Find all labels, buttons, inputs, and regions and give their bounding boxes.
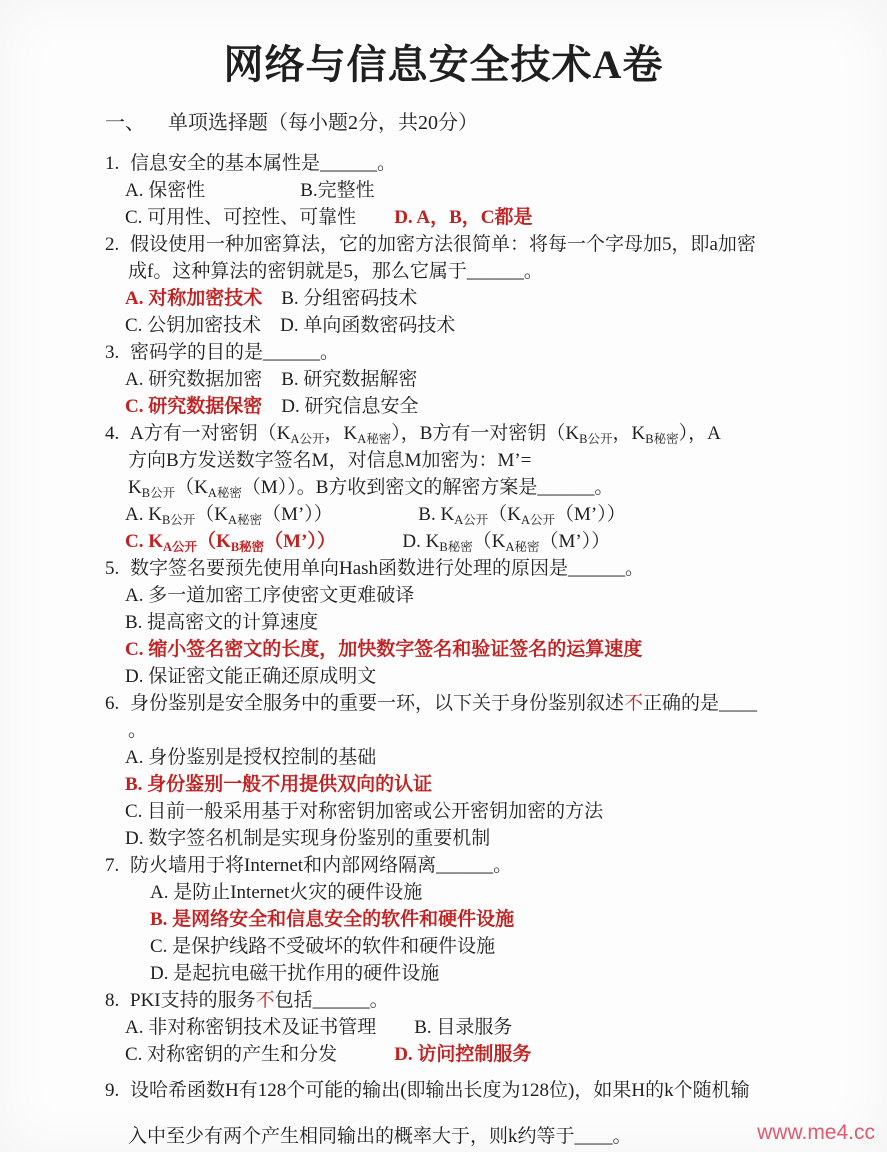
answer-highlight: B. 是网络安全和信息安全的软件和硬件设施 <box>150 909 514 930</box>
question-stem: 7.防火墙用于将Internet和内部网络隔离______。 <box>0 852 887 879</box>
question-number: 8. <box>105 987 130 1014</box>
text-segment: 入中至少有两个产生相同输出的概率大于，则k约等于____。 <box>128 1126 632 1147</box>
question-8: 8.PKI支持的服务不包括______。A. 非对称密钥技术及证书管理 B. 目… <box>0 987 887 1068</box>
answer-highlight: D. 访问控制服务 <box>394 1044 531 1065</box>
text-segment: 数字签名要预先使用单向Hash函数进行处理的原因是______。 <box>130 558 644 579</box>
answer-highlight: A. 对称加密技术 <box>125 288 262 309</box>
text-segment: 。 <box>128 720 147 741</box>
question-line: 。 <box>0 717 887 744</box>
answer-highlight: D. A，B，C都是 <box>394 207 532 228</box>
text-segment: C. 是保护线路不受破坏的软件和硬件设施 <box>150 936 495 957</box>
question-6: 6.身份鉴别是安全服务中的重要一环，以下关于身份鉴别叙述不正确的是____。A.… <box>0 690 887 852</box>
question-line: 方向B方发送数字签名M，对信息M加密为：M’= <box>0 447 887 474</box>
text-segment: 假设使用一种加密算法，它的加密方法很简单：将每一个字母加5，即a加密 <box>130 234 756 255</box>
question-3: 3.密码学的目的是______。A. 研究数据加密 B. 研究数据解密C. 研究… <box>0 339 887 420</box>
question-line: C. 研究数据保密 D. 研究信息安全 <box>0 393 887 420</box>
answer-highlight: 不 <box>624 693 643 714</box>
text-segment: D. 数字签名机制是实现身份鉴别的重要机制 <box>125 828 490 849</box>
text-segment: A. 是防止Internet火灾的硬件设施 <box>150 882 422 903</box>
question-9: 9.设哈希函数H有128个可能的输出(即输出长度为128位)，如果H的k个随机输… <box>0 1077 887 1150</box>
section-heading: 一、单项选择题（每小题2分，共20分） <box>0 110 887 137</box>
question-line: A. 多一道加密工序使密文更难破译 <box>0 582 887 609</box>
question-line: B. 身份鉴别一般不用提供双向的认证 <box>0 771 887 798</box>
question-line: A. 研究数据加密 B. 研究数据解密 <box>0 366 887 393</box>
text-segment: 方向B方发送数字签名M，对信息M加密为：M’= <box>128 450 531 471</box>
text-segment: C. 对称密钥的产生和分发 <box>125 1044 394 1065</box>
question-line: A. 身份鉴别是授权控制的基础 <box>0 744 887 771</box>
exam-page: 网络与信息安全技术A卷 一、单项选择题（每小题2分，共20分） 1.信息安全的基… <box>0 0 887 1152</box>
question-stem: 6.身份鉴别是安全服务中的重要一环，以下关于身份鉴别叙述不正确的是____ <box>0 690 887 717</box>
question-number: 1. <box>105 150 130 177</box>
question-7: 7.防火墙用于将Internet和内部网络隔离______。A. 是防止Inte… <box>0 852 887 987</box>
question-number: 3. <box>105 339 130 366</box>
text-segment: A. 非对称密钥技术及证书管理 B. 目录服务 <box>125 1017 512 1038</box>
question-line: D. 数字签名机制是实现身份鉴别的重要机制 <box>0 825 887 852</box>
question-line: KB公开（KA秘密（M））。B方收到密文的解密方案是______。 <box>0 474 887 501</box>
answer-highlight: B. 身份鉴别一般不用提供双向的认证 <box>125 774 432 795</box>
answer-highlight: C. KA公开（KB秘密（M’）） <box>125 531 326 552</box>
section-title: 单项选择题（每小题2分，共20分） <box>168 112 478 134</box>
text-segment: A方有一对密钥（KA公开，KA秘密），B方有一对密钥（KB公开，KB秘密），A <box>130 423 721 444</box>
text-segment: B. 分组密码技术 <box>262 288 417 309</box>
question-list: 1.信息安全的基本属性是______。A. 保密性 B.完整性C. 可用性、可控… <box>0 150 887 1150</box>
question-line: C. KA公开（KB秘密（M’）） D. KB秘密（KA秘密（M’）） <box>0 528 887 555</box>
text-segment: C. 目前一般采用基于对称密钥加密或公开密钥加密的方法 <box>125 801 603 822</box>
question-1: 1.信息安全的基本属性是______。A. 保密性 B.完整性C. 可用性、可控… <box>0 150 887 231</box>
text-segment: A. 多一道加密工序使密文更难破译 <box>125 585 414 606</box>
text-segment: KB公开（KA秘密（M））。B方收到密文的解密方案是______。 <box>128 477 613 498</box>
text-segment: B. 提高密文的计算速度 <box>125 612 318 633</box>
text-segment: PKI支持的服务 <box>130 990 256 1011</box>
text-segment: D. 保证密文能正确还原成明文 <box>125 666 376 687</box>
question-stem: 1.信息安全的基本属性是______。 <box>0 150 887 177</box>
question-line: C. 公钥加密技术 D. 单向函数密码技术 <box>0 312 887 339</box>
watermark: www.me4.cc <box>757 1121 875 1145</box>
question-line: D. 保证密文能正确还原成明文 <box>0 663 887 690</box>
question-number: 7. <box>105 852 130 879</box>
question-number: 9. <box>105 1077 130 1104</box>
question-line: A. 对称加密技术 B. 分组密码技术 <box>0 285 887 312</box>
question-line: A. KB公开（KA秘密（M’）） B. KA公开（KA公开（M’）） <box>0 501 887 528</box>
text-segment: 包括______。 <box>275 990 389 1011</box>
question-stem: 3.密码学的目的是______。 <box>0 339 887 366</box>
text-segment: C. 可用性、可控性、可靠性 <box>125 207 394 228</box>
answer-highlight: C. 研究数据保密 <box>125 396 262 417</box>
question-line: C. 缩小签名密文的长度，加快数字签名和验证签名的运算速度 <box>0 636 887 663</box>
question-number: 2. <box>105 231 130 258</box>
question-number: 5. <box>105 555 130 582</box>
question-stem: 5.数字签名要预先使用单向Hash函数进行处理的原因是______。 <box>0 555 887 582</box>
question-line: C. 对称密钥的产生和分发 D. 访问控制服务 <box>0 1041 887 1068</box>
text-segment: A. 保密性 B.完整性 <box>125 180 375 201</box>
question-stem: 2.假设使用一种加密算法，它的加密方法很简单：将每一个字母加5，即a加密 <box>0 231 887 258</box>
question-stem: 9.设哈希函数H有128个可能的输出(即输出长度为128位)，如果H的k个随机输 <box>0 1077 887 1104</box>
question-stem: 8.PKI支持的服务不包括______。 <box>0 987 887 1014</box>
text-segment: C. 公钥加密技术 D. 单向函数密码技术 <box>125 315 455 336</box>
question-line: D. 是起抗电磁干扰作用的硬件设施 <box>0 960 887 987</box>
text-segment: 防火墙用于将Internet和内部网络隔离______。 <box>130 855 512 876</box>
text-segment: 密码学的目的是______。 <box>130 342 339 363</box>
question-5: 5.数字签名要预先使用单向Hash函数进行处理的原因是______。A. 多一道… <box>0 555 887 690</box>
text-segment: A. 身份鉴别是授权控制的基础 <box>125 747 376 768</box>
question-number: 4. <box>105 420 130 447</box>
text-segment: 正确的是____ <box>643 693 757 714</box>
text-segment: 设哈希函数H有128个可能的输出(即输出长度为128位)，如果H的k个随机输 <box>130 1080 750 1101</box>
question-number: 6. <box>105 690 130 717</box>
section-number: 一、 <box>105 110 168 137</box>
text-segment: 成f。这种算法的密钥就是5，那么它属于______。 <box>128 261 543 282</box>
text-segment: A. 研究数据加密 B. 研究数据解密 <box>125 369 417 390</box>
question-line: B. 提高密文的计算速度 <box>0 609 887 636</box>
question-line: C. 是保护线路不受破坏的软件和硬件设施 <box>0 933 887 960</box>
question-line: C. 目前一般采用基于对称密钥加密或公开密钥加密的方法 <box>0 798 887 825</box>
question-line: A. 保密性 B.完整性 <box>0 177 887 204</box>
text-segment: 信息安全的基本属性是______。 <box>130 153 396 174</box>
question-line: B. 是网络安全和信息安全的软件和硬件设施 <box>0 906 887 933</box>
question-line: A. 是防止Internet火灾的硬件设施 <box>0 879 887 906</box>
question-2: 2.假设使用一种加密算法，它的加密方法很简单：将每一个字母加5，即a加密成f。这… <box>0 231 887 339</box>
text-segment: D. KB秘密（KA秘密（M’）） <box>326 531 610 552</box>
question-line: 入中至少有两个产生相同输出的概率大于，则k约等于____。 <box>0 1123 887 1150</box>
text-segment: D. 是起抗电磁干扰作用的硬件设施 <box>150 963 439 984</box>
question-line: 成f。这种算法的密钥就是5，那么它属于______。 <box>0 258 887 285</box>
question-stem: 4.A方有一对密钥（KA公开，KA秘密），B方有一对密钥（KB公开，KB秘密），… <box>0 420 887 447</box>
answer-highlight: 不 <box>256 990 275 1011</box>
text-segment: D. 研究信息安全 <box>262 396 418 417</box>
question-line: C. 可用性、可控性、可靠性 D. A，B，C都是 <box>0 204 887 231</box>
question-line: A. 非对称密钥技术及证书管理 B. 目录服务 <box>0 1014 887 1041</box>
answer-highlight: C. 缩小签名密文的长度，加快数字签名和验证签名的运算速度 <box>125 639 642 660</box>
page-title: 网络与信息安全技术A卷 <box>0 42 887 88</box>
text-segment: A. KB公开（KA秘密（M’）） B. KA公开（KA公开（M’）） <box>125 504 626 525</box>
question-4: 4.A方有一对密钥（KA公开，KA秘密），B方有一对密钥（KB公开，KB秘密），… <box>0 420 887 555</box>
text-segment: 身份鉴别是安全服务中的重要一环，以下关于身份鉴别叙述 <box>130 693 624 714</box>
